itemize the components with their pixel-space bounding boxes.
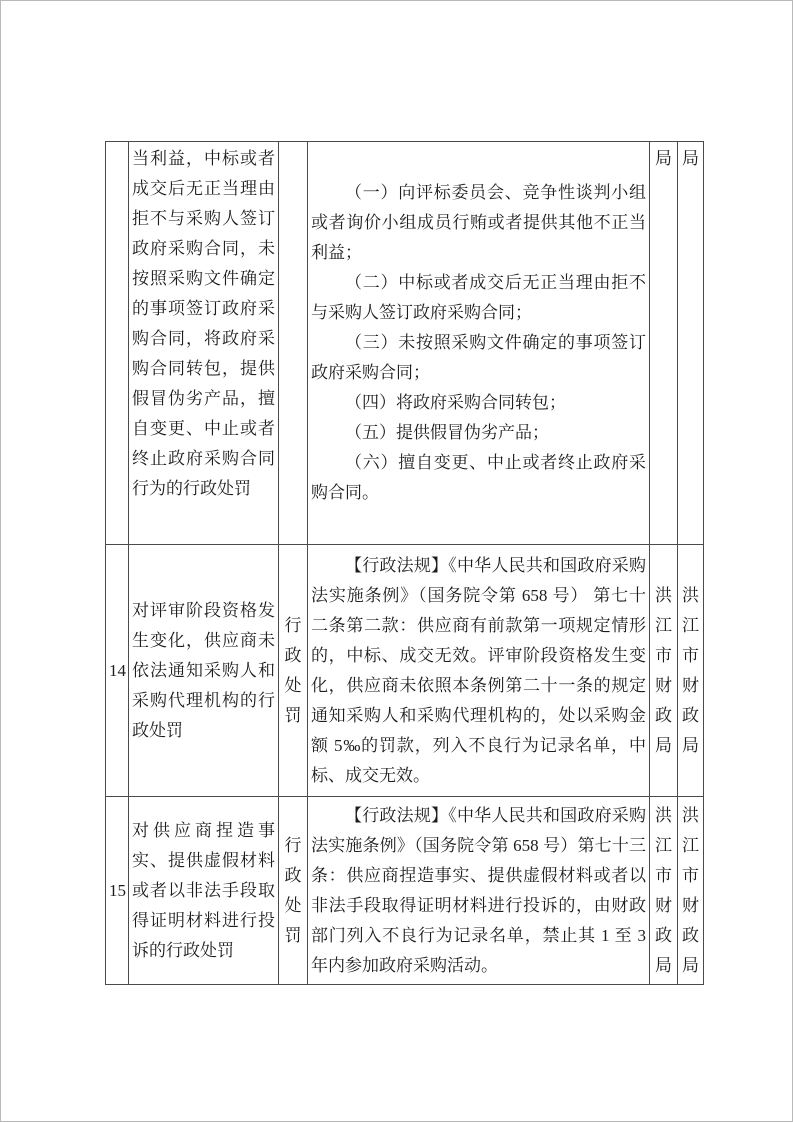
legal-basis-paragraph: （五）提供假冒伪劣产品； [311,418,646,448]
penalty-matter-cell: 对供应商捏造事实、提供虚假材料或者以非法手段取得证明材料进行投诉的行政处罚 [129,797,279,985]
implementing-org-cell: 局 [650,142,678,545]
legal-basis-paragraph: （一）向评标委员会、竞争性谈判小组或者询价小组成员行贿或者提供其他不正当利益； [311,178,646,268]
implementing-org-cell: 洪江市财政局 [650,545,678,797]
penalty-type-cell [279,142,308,545]
item-number-cell [106,142,129,545]
table-row-15: 15 对供应商捏造事实、提供虚假材料或者以非法手段取得证明材料进行投诉的行政处罚… [106,797,704,985]
item-number-cell: 15 [106,797,129,985]
item-number-cell: 14 [106,545,129,797]
penalty-matter-cell: 当利益，中标或者成交后无正当理由拒不与采购人签订政府采购合同，未按照采购文件确定… [129,142,279,545]
supervising-org-cell: 洪江市财政局 [678,797,704,985]
table-row-14: 14 对评审阶段资格发生变化，供应商未依法通知采购人和采购代理机构的行政处罚 行… [106,545,704,797]
legal-basis-cell: （一）向评标委员会、竞争性谈判小组或者询价小组成员行贿或者提供其他不正当利益； … [308,142,650,545]
penalty-type-cell: 行政处罚 [279,797,308,985]
penalty-matter-cell: 对评审阶段资格发生变化，供应商未依法通知采购人和采购代理机构的行政处罚 [129,545,279,797]
legal-basis-cell: 【行政法规】《中华人民共和国政府采购法实施条例》（国务院令第 658 号）第七十… [308,797,650,985]
supervising-org-cell: 局 [678,142,704,545]
legal-basis-paragraph: （六）擅自变更、中止或者终止政府采购合同。 [311,448,646,508]
document-page: 当利益，中标或者成交后无正当理由拒不与采购人签订政府采购合同，未按照采购文件确定… [0,0,793,1122]
penalty-type-cell: 行政处罚 [279,545,308,797]
legal-basis-paragraph: 【行政法规】《中华人民共和国政府采购法实施条例》（国务院令第 658 号）第七十… [311,801,646,981]
legal-basis-paragraph: （三）未按照采购文件确定的事项签订政府采购合同； [311,328,646,388]
legal-basis-paragraph: （四）将政府采购合同转包； [311,388,646,418]
legal-basis-paragraph: 【行政法规】《中华人民共和国政府采购法实施条例》（国务院令第 658 号） 第七… [311,551,646,791]
legal-basis-paragraph: （二）中标或者成交后无正当理由拒不与采购人签订政府采购合同； [311,268,646,328]
implementing-org-cell: 洪江市财政局 [650,797,678,985]
table-row-13-continued: 当利益，中标或者成交后无正当理由拒不与采购人签订政府采购合同，未按照采购文件确定… [106,142,704,545]
penalty-items-table: 当利益，中标或者成交后无正当理由拒不与采购人签订政府采购合同，未按照采购文件确定… [105,141,704,985]
legal-basis-cell: 【行政法规】《中华人民共和国政府采购法实施条例》（国务院令第 658 号） 第七… [308,545,650,797]
supervising-org-cell: 洪江市财政局 [678,545,704,797]
